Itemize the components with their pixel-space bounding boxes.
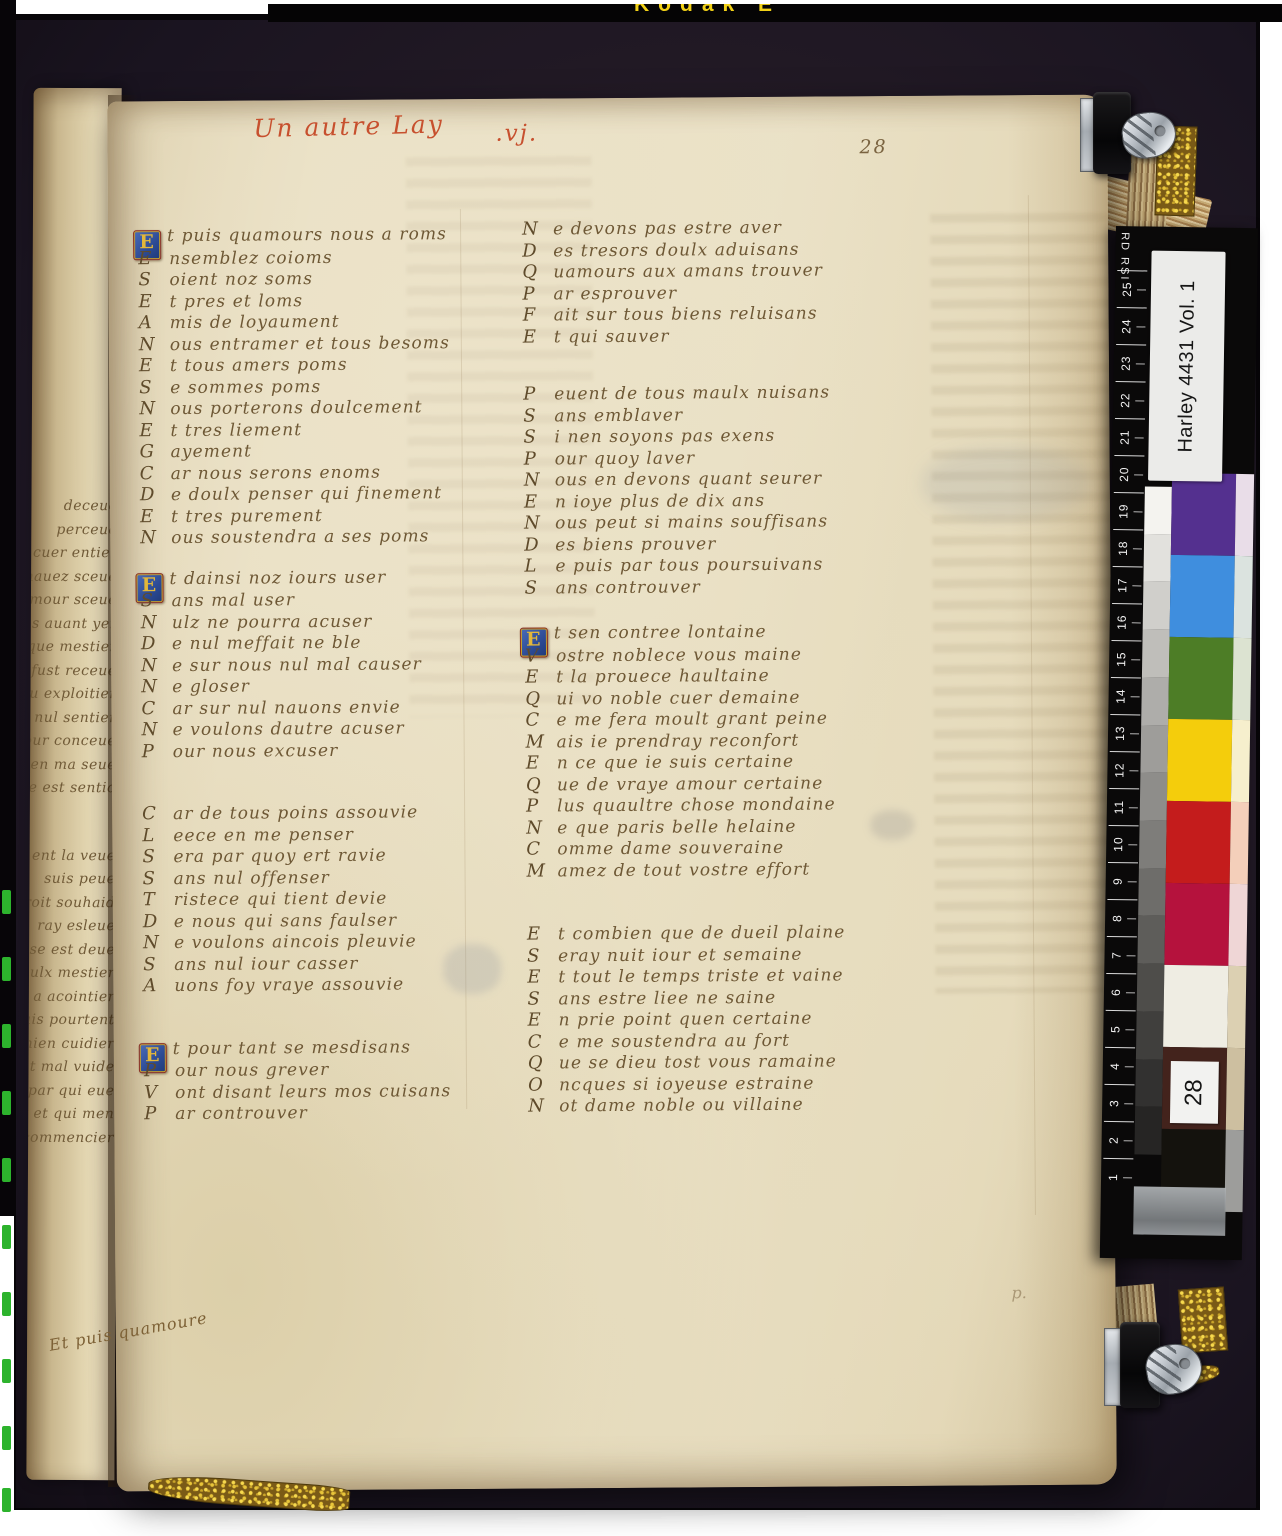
gray-step — [1134, 1107, 1162, 1155]
line-initial: G — [140, 441, 160, 462]
verse-text: ot dame noble ou villaine — [559, 1095, 804, 1117]
verse-text: t tres liement — [170, 420, 302, 441]
line-initial: N — [143, 932, 163, 953]
left-page-text-fragment: deceue — [31, 498, 117, 522]
pastel-patch-green — [1232, 638, 1251, 720]
verse-text: ans estre liee ne saine — [558, 987, 776, 1009]
line-initial: O — [528, 1074, 548, 1095]
line-initial: D — [522, 240, 542, 261]
line-initial: S — [142, 846, 162, 867]
verse-line: Ne sur nous nul mal causer — [141, 652, 536, 676]
gray-step — [1137, 916, 1165, 964]
verse-line: Not dame noble ou villaine — [528, 1092, 998, 1117]
verse-text: t sen contree lontaine — [554, 622, 767, 643]
verse-text: es tresors doulx aduisans — [553, 239, 799, 261]
verse-text: eece en me penser — [173, 824, 354, 845]
verse-text: oient noz soms — [169, 269, 313, 290]
pastel-patch-crimson — [1228, 884, 1247, 966]
film-brand-text: Kodak E — [634, 4, 781, 17]
line-initial: S — [527, 988, 547, 1009]
line-initial: N — [528, 1095, 548, 1116]
line-initial: E — [524, 491, 544, 512]
ruler-segment: 10 — [1108, 825, 1139, 862]
verse-text: i nen soyons pas exens — [554, 426, 775, 448]
gray-step — [1140, 773, 1168, 821]
left-page-text-fragment: us par qui eue — [28, 1082, 114, 1106]
line-initial: C — [526, 838, 546, 859]
line-initial: S — [527, 945, 547, 966]
line-initial: E — [139, 420, 159, 441]
verse-text: e voulons aincois pleuvie — [174, 931, 417, 953]
verse-line: Ne gloser — [141, 674, 536, 698]
line-initial: Q — [526, 774, 546, 795]
film-edge-band: Kodak E — [268, 4, 1282, 22]
verse-text: e gloser — [172, 677, 250, 698]
verse-text: amez de tout vostre effort — [557, 859, 810, 881]
ruler-segment: 22 — [1115, 381, 1146, 418]
ruler-segment: 21 — [1114, 418, 1145, 455]
pastel-patch-purple — [1235, 474, 1254, 556]
verse-text: ans nul offenser — [174, 867, 330, 888]
line-initial: C — [140, 463, 160, 484]
line-initial: L — [142, 825, 162, 846]
verse-text: our nous excuser — [173, 740, 339, 761]
verse-text: ans mal user — [172, 590, 296, 611]
verse-text: e que paris belle helaine — [557, 816, 796, 838]
verse-text: e puis par tous poursuivans — [555, 555, 823, 577]
gray-step — [1140, 725, 1168, 773]
verse-text: ous entramer et tous besoms — [170, 333, 450, 355]
verse-line: Nulz ne pourra acuser — [141, 609, 536, 633]
verse-line: Nous porterons doulcement — [139, 396, 534, 420]
gray-step — [1143, 582, 1171, 630]
verse-text: uons foy vraye assouvie — [174, 974, 404, 996]
verse-line: Gayement — [140, 439, 535, 463]
left-page-text-fragment: ps par nul sentier — [30, 709, 116, 733]
line-initial: S — [138, 269, 158, 290]
film-edge-mark — [2, 1359, 11, 1383]
left-page-text-fragment: ent la veue — [30, 847, 116, 871]
verse-line: Et pour tant se mesdisans — [144, 1036, 539, 1060]
verse-text: ont disant leurs mos cuisans — [175, 1081, 451, 1103]
line-initial: P — [144, 1103, 164, 1124]
verse-text: ais ie prendray reconfort — [557, 730, 800, 752]
verse-text: lus quaultre chose mondaine — [557, 794, 836, 816]
verse-text: ristece qui tient devie — [174, 889, 388, 910]
left-page-text-fragment: si suis pourtent — [29, 1012, 115, 1036]
pen-mark: p. — [1011, 1283, 1026, 1302]
line-initial: E — [527, 923, 547, 944]
ruling-line — [1028, 195, 1036, 1215]
facing-page-text: deceueperceuede cuer entiermauez sceuela… — [28, 498, 117, 1153]
left-page-text-fragment: de ioye est sentio — [30, 780, 116, 804]
left-page-text-fragment: fust receue — [31, 662, 117, 686]
verse-text: e nous qui sans faulser — [174, 910, 397, 932]
color-calibration-bar: RD RSI 252423222120191817161514131211109… — [1100, 226, 1258, 1260]
verse-text: n prie point quen certaine — [559, 1009, 813, 1031]
left-page-text-fragment: ent a acointier — [29, 988, 115, 1012]
stanza: Peuent de tous maulx nuisansSans emblave… — [523, 380, 994, 598]
line-initial: E — [527, 966, 547, 987]
color-patch-white — [1163, 965, 1228, 1048]
ruler-segment: 18 — [1113, 529, 1144, 566]
stanza: Et combien que de dueil plaineSeray nuit… — [527, 920, 998, 1117]
verse-text: es biens prouver — [555, 534, 716, 555]
verse-text: our nous grever — [175, 1060, 329, 1081]
gray-step — [1141, 677, 1169, 725]
stanza: Car de tous poins assouvieLeece en me pe… — [142, 801, 538, 997]
line-initial: Q — [525, 688, 545, 709]
manuscript-page: Un autre Lay .vj. 28 p. Et puis quamours… — [107, 95, 1117, 1492]
metal-strip-bottom — [1104, 1328, 1121, 1406]
verse-text: ar nous serons enoms — [171, 462, 381, 483]
ruler-segment: 9 — [1107, 862, 1138, 899]
line-initial: C — [525, 709, 545, 730]
verse-line: Leece en me penser — [142, 822, 537, 846]
film-edge-mark — [2, 1292, 11, 1316]
verse-line: De nul meffait ne ble — [141, 631, 536, 655]
line-initial: N — [141, 612, 161, 633]
line-initial: A — [139, 312, 159, 333]
verse-text: t dainsi noz iours user — [169, 567, 386, 589]
ruler-segment: 14 — [1110, 677, 1141, 714]
verse-line: Et tres liement — [139, 417, 534, 441]
line-initial: P — [142, 741, 162, 762]
verse-line: Sans nul iour casser — [143, 951, 538, 975]
line-initial: N — [139, 334, 159, 355]
left-page-text-fragment: lamour sceue — [31, 592, 117, 616]
film-edge-mark — [2, 1091, 11, 1115]
gray-step — [1138, 868, 1166, 916]
verse-line: Tristece qui tient devie — [143, 887, 538, 911]
line-initial: N — [141, 676, 161, 697]
film-edge-mark — [2, 1488, 11, 1512]
left-page-text-fragment: ray esleue — [29, 918, 115, 942]
stanza: Et puis quamours nous a romsEnsemblez co… — [138, 224, 535, 549]
line-initial: V — [525, 645, 545, 666]
film-edge-mark — [2, 957, 11, 981]
verse-line: Car nous serons enoms — [140, 460, 535, 484]
line-initial: T — [143, 889, 163, 910]
frame-number-label: 28 — [1170, 1061, 1219, 1124]
line-initial: E — [528, 1009, 548, 1030]
verse-text: ans emblaver — [554, 405, 683, 426]
verse-text: t pour tant se mesdisans — [173, 1037, 411, 1059]
verse-text: ue de vraye amour certaine — [557, 773, 824, 795]
verse-text: ulz ne pourra acuser — [172, 611, 373, 632]
verse-line: Nous soustendra a ses poms — [140, 525, 535, 549]
line-initial: P — [144, 1060, 164, 1081]
left-page-text-fragment: mauez sceue — [31, 568, 117, 592]
verse-line: Et tres purement — [140, 503, 535, 527]
line-initial: F — [523, 304, 543, 325]
verse-text: e nul meffait ne ble — [172, 633, 362, 654]
color-patch-purple — [1171, 473, 1236, 556]
verse-line: Se sommes poms — [139, 374, 534, 398]
verse-line: Vont disant leurs mos cuisans — [144, 1079, 539, 1103]
verse-line: Et dainsi noz iours user — [140, 566, 535, 590]
left-page-text-fragment: ut tout mal vuide — [28, 1059, 114, 1083]
verse-text: n ce que ie suis certaine — [557, 752, 795, 774]
film-edge-mark — [2, 1426, 11, 1450]
left-page-text-fragment: en ma seue — [30, 756, 116, 780]
stanza: Et pour tant se mesdisansPour nous greve… — [144, 1036, 540, 1125]
line-initial: N — [526, 817, 546, 838]
manuscript-photograph: Kodak E deceueperceuede cuer entiermauez… — [0, 0, 1282, 1536]
pastel-patch-dark-brown — [1226, 1048, 1245, 1130]
shelfmark-text: Harley 4431 Vol. 1 — [1174, 280, 1200, 453]
ruler-segment: 20 — [1114, 455, 1145, 492]
pastel-patch-blue — [1234, 556, 1253, 638]
verse-text: e me fera moult grant peine — [556, 708, 828, 730]
verse-line: Ne voulons dautre acuser — [141, 717, 536, 741]
verse-text: ous peut si mains souffisans — [555, 511, 828, 533]
verse-text: t tout le temps triste et vaine — [558, 965, 844, 987]
line-initial: P — [523, 383, 543, 404]
verse-line: Et puis quamours nous a roms — [138, 224, 533, 248]
line-initial: M — [526, 860, 546, 881]
ruler-segment: 6 — [1106, 973, 1137, 1010]
line-initial: Q — [522, 261, 542, 282]
verse-text: ue se dieu tost vous ramaine — [559, 1051, 837, 1073]
color-patch-yellow — [1167, 719, 1232, 802]
left-page-text-fragment: de cuer entier — [31, 545, 117, 569]
ruler-segment: 17 — [1112, 566, 1143, 603]
stanza: Et dainsi noz iours userSans mal userNul… — [140, 566, 536, 762]
verse-text: t qui sauver — [554, 326, 670, 347]
verse-line: Et tous amers poms — [139, 353, 534, 377]
verse-line: Et pres et loms — [138, 288, 533, 312]
verse-text: euent de tous maulx nuisans — [554, 382, 830, 404]
verse-line: Car sur nul nauons envie — [141, 695, 536, 719]
pastel-patch-yellow — [1231, 720, 1250, 802]
verse-text: ans nul iour casser — [174, 953, 358, 974]
ruler-segment: 12 — [1109, 751, 1140, 788]
film-edge-mark — [2, 1158, 11, 1182]
stanza: Ne devons pas estre averDes tresors doul… — [522, 215, 993, 347]
verse-line: Auons foy vraye assouvie — [143, 973, 538, 997]
ruler-segment: 2 — [1103, 1121, 1134, 1158]
verse-text: n ioye plus de dix ans — [555, 490, 765, 511]
verse-text: e me soustendra au fort — [559, 1030, 790, 1052]
left-page-text-fragment: amour conceue — [30, 733, 116, 757]
verse-text: ans controuver — [555, 577, 700, 598]
gray-step — [1143, 534, 1171, 582]
line-initial: N — [139, 398, 159, 419]
left-page-text-fragment: us chose est deue — [29, 941, 115, 965]
verse-text: ayement — [171, 442, 253, 463]
verse-text: e voulons dautre acuser — [172, 718, 404, 740]
verse-text: eray nuit iour et semaine — [558, 944, 802, 966]
line-initial: E — [138, 291, 158, 312]
line-initial: P — [522, 283, 542, 304]
stanza: Et sen contree lontaineVostre noblece vo… — [525, 620, 997, 881]
text-column-2: Ne devons pas estre averDes tresors doul… — [522, 215, 998, 1117]
tape-strip — [1133, 1186, 1226, 1235]
color-patch-red — [1166, 801, 1231, 884]
verse-text: our quoy laver — [555, 448, 696, 469]
left-page-text-fragment: our et qui men — [28, 1106, 114, 1130]
verse-line: Mamez de tout vostre effort — [526, 857, 996, 882]
left-page-text-fragment: encommencier — [28, 1129, 114, 1153]
line-initial: S — [141, 590, 161, 611]
verse-line: Sans mal user — [141, 588, 536, 612]
left-page-text-fragment: puis auant yer — [31, 615, 117, 639]
ruler-segment: 3 — [1104, 1084, 1135, 1121]
verse-line: Et qui sauver — [523, 323, 993, 348]
line-initial: S — [524, 577, 544, 598]
line-initial: D — [143, 911, 163, 932]
verse-text: era par quoy ert ravie — [173, 846, 386, 867]
verse-text: e doulx penser qui finement — [171, 483, 442, 505]
gray-step — [1137, 964, 1165, 1012]
line-initial: D — [524, 534, 544, 555]
verse-text: ar sur nul nauons envie — [172, 697, 401, 719]
line-initial: N — [141, 719, 161, 740]
frame-number-text: 28 — [1180, 1079, 1208, 1106]
verse-line: Sera par quoy ert ravie — [142, 844, 537, 868]
verse-line: Ne voulons aincois pleuvie — [143, 930, 538, 954]
color-patch-blue — [1170, 555, 1235, 638]
ruler-segment: 23 — [1116, 344, 1147, 381]
line-initial: E — [140, 506, 160, 527]
verse-text: ui vo noble cuer demaine — [556, 687, 800, 709]
line-initial: C — [142, 803, 162, 824]
line-initial: E — [526, 752, 546, 773]
left-page-text-fragment: pou exploitier — [30, 686, 116, 710]
shelfmark-label: Harley 4431 Vol. 1 — [1148, 251, 1226, 482]
gold-tooled-binding-bottom — [1178, 1286, 1228, 1353]
verse-line: Amis de loyaument — [139, 310, 534, 334]
gray-step — [1142, 630, 1170, 678]
line-initial: N — [522, 218, 542, 239]
line-initial: S — [143, 868, 163, 889]
line-initial: D — [140, 484, 160, 505]
gray-step — [1144, 486, 1172, 534]
line-initial: S — [523, 426, 543, 447]
ruler-segment: 25 — [1117, 270, 1148, 307]
folio-number: 28 — [859, 136, 887, 158]
verse-text: t puis quamours nous a roms — [167, 224, 447, 246]
gray-step — [1136, 1011, 1164, 1059]
line-initial: N — [524, 469, 544, 490]
line-initial: V — [144, 1082, 164, 1103]
line-initial: S — [139, 377, 159, 398]
pastel-patch-red — [1230, 802, 1249, 884]
left-page-text-fragment: au mien cuidier — [29, 1035, 115, 1059]
verse-text: ous soustendra a ses poms — [171, 526, 429, 548]
line-initial: C — [528, 1031, 548, 1052]
verse-text: t tres purement — [171, 506, 323, 527]
verse-line: De doulx penser qui finement — [140, 482, 535, 506]
left-page-text-fragment: suis peue — [29, 871, 115, 895]
line-initial: E — [525, 666, 545, 687]
color-patch-crimson — [1164, 883, 1229, 966]
line-initial: N — [140, 527, 160, 548]
gray-step — [1135, 1059, 1163, 1107]
ruler-segment: 24 — [1116, 307, 1147, 344]
gray-step — [1139, 820, 1167, 868]
verse-text: mis de loyaument — [170, 312, 340, 333]
line-initial: N — [524, 512, 544, 533]
film-edge-mark — [2, 1225, 11, 1249]
line-initial: L — [524, 555, 544, 576]
line-initial: D — [141, 633, 161, 654]
verse-text: nsemblez coioms — [169, 247, 333, 268]
verse-text: omme dame souveraine — [557, 838, 784, 860]
verse-line: De nous qui sans faulser — [143, 908, 538, 932]
ruler-segment: 7 — [1106, 936, 1137, 973]
pastel-patch-white — [1227, 966, 1246, 1048]
verse-text: ncques si ioyeuse estraine — [559, 1073, 815, 1095]
verse-line: Soient noz soms — [138, 267, 533, 291]
verse-text: t la prouece haultaine — [556, 666, 770, 687]
ruler-segment: 16 — [1111, 603, 1142, 640]
verse-text: t combien que de dueil plaine — [558, 922, 846, 944]
verse-text: ar esprouver — [553, 283, 677, 304]
ruler-segment: 11 — [1109, 788, 1140, 825]
verse-text: ous en devons quant seurer — [555, 469, 823, 491]
line-initial: E — [138, 248, 158, 269]
ruler-segment: 19 — [1113, 492, 1144, 529]
ruler-segment: 8 — [1107, 899, 1138, 936]
line-initial: A — [143, 975, 163, 996]
line-initial: P — [524, 448, 544, 469]
rubric-number: .vj. — [495, 120, 538, 146]
verse-text: ous porterons doulcement — [170, 397, 422, 419]
line-initial: P — [526, 795, 546, 816]
left-page-text-fragment: que mestier — [31, 639, 117, 663]
line-initial: E — [523, 326, 543, 347]
ruler-segment: 4 — [1105, 1047, 1136, 1084]
verse-line: Sans nul offenser — [143, 865, 538, 889]
verse-line: Pour nous excuser — [142, 738, 537, 762]
verse-line: Sans controuver — [524, 574, 994, 599]
ruler-segment: 5 — [1105, 1010, 1136, 1047]
left-page-text-fragment: cest doulx mestier — [29, 965, 115, 989]
line-initial: N — [141, 655, 161, 676]
line-initial: M — [526, 731, 546, 752]
rubric-heading: Un autre Lay — [253, 109, 444, 143]
line-initial: E — [139, 355, 159, 376]
verse-line: Nous entramer et tous besoms — [139, 331, 534, 355]
line-initial: C — [141, 698, 161, 719]
ruler-segment: 13 — [1110, 714, 1141, 751]
line-initial: S — [523, 405, 543, 426]
verse-text: e sommes poms — [170, 377, 321, 398]
verse-text: t pres et loms — [169, 291, 303, 312]
verse-text: ar de tous poins assouvie — [173, 802, 418, 824]
ruler-segment: 1 — [1103, 1158, 1134, 1195]
verse-text: ostre noblece vous maine — [556, 644, 802, 666]
verse-line: Par controuver — [144, 1101, 539, 1125]
verse-line: Pour nous grever — [144, 1058, 539, 1082]
left-page-text-fragment: on pourroit souhaid — [29, 894, 115, 918]
line-initial: S — [143, 954, 163, 975]
verse-text: t tous amers poms — [170, 355, 348, 376]
line-initial: Q — [528, 1052, 548, 1073]
verse-text: ait sur tous biens reluisans — [554, 304, 818, 326]
pastel-patch-black — [1225, 1130, 1244, 1212]
color-patch-green — [1168, 637, 1233, 720]
verse-line: Ensemblez coioms — [138, 245, 533, 269]
ruler-segment: 15 — [1111, 640, 1142, 677]
verse-text: e sur nous nul mal causer — [172, 654, 422, 676]
left-page-text-fragment: perceue — [31, 521, 117, 545]
film-edge-mark — [2, 890, 11, 914]
film-edge-mark — [2, 1024, 11, 1048]
verse-text: uamours aux amans trouver — [553, 261, 823, 283]
